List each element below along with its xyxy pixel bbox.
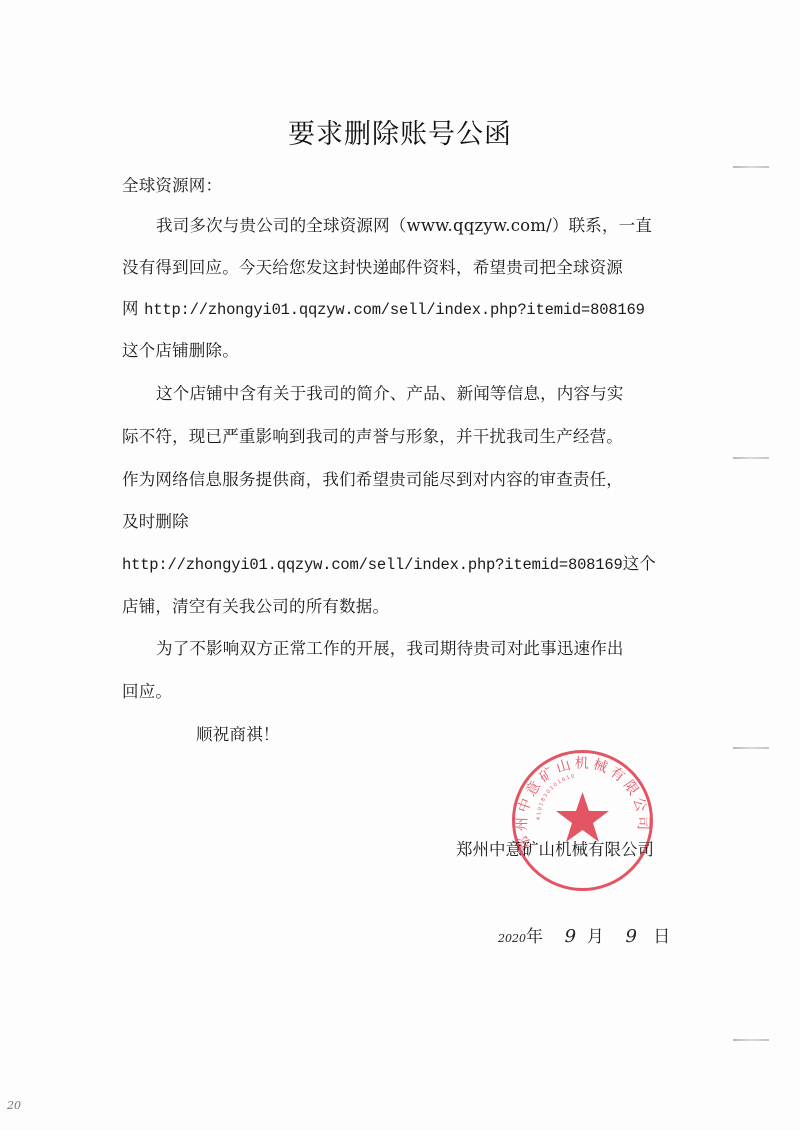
paragraph2-line2: 际不符，现已严重影响到我司的声誉与形象，并干扰我司生产经营。 — [122, 423, 623, 447]
star-icon — [556, 792, 609, 842]
paragraph2-line6: 店铺，清空有关我公司的所有数据。 — [122, 593, 389, 617]
date-month-label: 月 — [587, 927, 604, 947]
shop-url: http://zhongyi01.qqzyw.com/sell/index.ph… — [122, 556, 623, 574]
company-seal: 郑州中意矿山机械有限公司 4101830101610 — [510, 748, 655, 893]
scan-edge-mark — [733, 457, 769, 459]
salutation: 全球资源网： — [122, 172, 222, 196]
closing-greeting: 顺祝商祺！ — [196, 721, 280, 745]
paragraph2-line1: 这个店铺中含有关于我司的简介、产品、新闻等信息，内容与实 — [156, 380, 624, 404]
paragraph2-line4: 及时删除 — [122, 508, 189, 532]
date-day-label: 日 — [653, 927, 670, 947]
paragraph1-line1: 我司多次与贵公司的全球资源网（www.qqzyw.com/）联系，一直 — [156, 212, 652, 236]
paragraph2-line5-suffix: 这个 — [623, 554, 656, 573]
letter-page: 要求删除账号公函 全球资源网： 我司多次与贵公司的全球资源网（www.qqzyw… — [0, 0, 800, 1131]
scan-edge-mark — [733, 166, 769, 168]
signature-date: 2020年 9 月 9 日 — [498, 922, 670, 947]
scan-edge-mark — [733, 747, 769, 749]
corner-mark: 20 — [7, 1099, 21, 1112]
paragraph1-line2: 没有得到回应。今天给您发这封快递邮件资料，希望贵司把全球资源 — [122, 254, 623, 278]
shop-url: http://zhongyi01.qqzyw.com/sell/index.ph… — [144, 301, 645, 319]
date-day: 9 — [626, 926, 637, 947]
paragraph1-line3-prefix: 网 — [122, 299, 144, 318]
paragraph1-line3: 网 http://zhongyi01.qqzyw.com/sell/index.… — [122, 295, 645, 319]
paragraph3-line1: 为了不影响双方正常工作的开展，我司期待贵司对此事迅速作出 — [156, 635, 624, 659]
paragraph1-line4: 这个店铺删除。 — [122, 337, 239, 361]
scan-edge-mark — [733, 1039, 769, 1041]
signature-company: 郑州中意矿山机械有限公司 — [456, 836, 654, 860]
paragraph3-line2: 回应。 — [122, 678, 172, 702]
date-year-label: 年 — [526, 927, 543, 947]
document-title: 要求删除账号公函 — [0, 112, 800, 151]
date-year: 2020 — [498, 932, 526, 945]
date-month: 9 — [565, 926, 576, 947]
paragraph2-line3: 作为网络信息服务提供商，我们希望贵司能尽到对内容的审查责任， — [122, 466, 623, 490]
paragraph2-line5: http://zhongyi01.qqzyw.com/sell/index.ph… — [122, 550, 656, 574]
